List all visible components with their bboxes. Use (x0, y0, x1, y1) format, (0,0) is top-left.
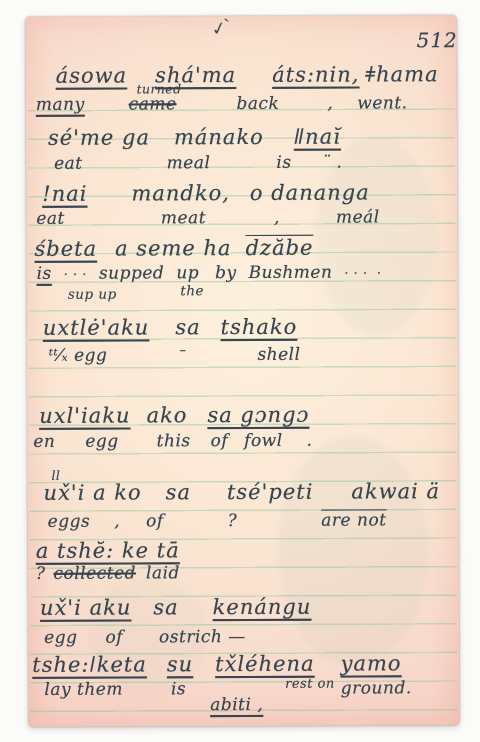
word: laid (146, 565, 180, 582)
manuscript-line-gloss: is· · ·sup upsuppedupthebyBushmen· · · · (37, 264, 382, 283)
word: !nai (42, 184, 87, 205)
manuscript-line-native: ux̌'i akusakenángu (40, 597, 311, 619)
word: of (211, 433, 229, 450)
word: ǂhama (365, 64, 438, 85)
word: uxl'iaku (39, 405, 130, 426)
word: ásowa (56, 66, 128, 87)
scan-background: ✓ˋ 512 ásowashá'maáts:nin,ǂhamamanycamet… (0, 0, 480, 742)
word: meal (167, 155, 211, 172)
word: kenángu (213, 597, 312, 618)
word: by (215, 265, 237, 282)
word: lay them (44, 682, 123, 699)
word: many (36, 97, 85, 114)
manuscript-line-native: ásowashá'maáts:nin,ǂhama (56, 64, 439, 87)
manuscript-line-native: a tshĕ: ke tā (36, 540, 180, 562)
word: ¨ . (322, 155, 343, 172)
word: egg (44, 630, 77, 647)
word: is (276, 155, 291, 172)
word: , (274, 210, 280, 227)
word: tshako (221, 317, 298, 338)
notebook-page: ✓ˋ 512 ásowashá'maáts:nin,ǂhamamanycamet… (25, 15, 459, 727)
bleedthrough-mark (277, 435, 428, 666)
word: śbeta (34, 239, 97, 260)
ruled-lines (28, 81, 458, 719)
manuscript-line-native: uxtlė'akusa–tshako (43, 317, 298, 339)
word: meál (336, 209, 380, 226)
word: collected (53, 565, 136, 582)
word: dzăbe (245, 238, 313, 259)
annotation-below: sup up (68, 289, 117, 303)
word: of (105, 630, 123, 647)
word: ostrich — (159, 629, 246, 646)
word: ux̌'i aku (40, 597, 131, 618)
manuscript-line-gloss: eneggthisoffowl. (33, 433, 312, 451)
word: uxtlė'aku (43, 317, 150, 338)
manuscript-line-gloss: eatmealis¨ . (54, 155, 342, 173)
word: this (157, 433, 191, 450)
word: ux̌'i a koll (43, 482, 141, 503)
word: eat (36, 211, 65, 228)
word: sa (153, 597, 178, 618)
word: tshe:ǀketa (32, 654, 147, 675)
manuscript-line-gloss: ?collectedlaid (36, 565, 180, 583)
word: a tshĕ: ke tā (36, 540, 180, 562)
word: upthe (176, 265, 199, 282)
annotation-above: ll (51, 470, 60, 483)
word: abiti , (210, 697, 263, 714)
word: o dananga (250, 182, 370, 204)
word: , (327, 96, 333, 113)
word: is (171, 681, 186, 698)
word: ground. (341, 680, 412, 697)
manuscript-line-native: !naimandko,o dananga (42, 182, 370, 204)
word: cameturned (129, 96, 177, 113)
word: mánako (174, 127, 264, 148)
word: is (37, 266, 52, 283)
word: ? (36, 566, 46, 583)
manuscript-line-gloss: eatmeat,meál (36, 209, 379, 227)
word: tsé'peti (227, 482, 314, 503)
manuscript-line-native: sé'me gamánakoǁnaĭ (48, 127, 341, 149)
word: meat (161, 210, 206, 227)
manuscript-line-native: ux̌'i a kollsatsé'petiakwai ä (43, 481, 440, 504)
word: , (114, 514, 120, 531)
manuscript-line-native: uxl'iakuakosa gɔngɔ (39, 405, 309, 427)
word: of (146, 513, 164, 530)
word: ᵗᵗ⁄ₓ egg (49, 348, 108, 365)
word: shell (257, 347, 300, 364)
annotation-below: the (180, 285, 204, 299)
word: eat (54, 156, 83, 173)
word: supped (99, 265, 164, 282)
manuscript-line-gloss: lay themisabiti ,rest onground. (44, 680, 411, 699)
word: egg (85, 434, 118, 451)
word: back (236, 96, 279, 113)
word: are not (321, 512, 386, 529)
manuscript-line-gloss: eggs,of?are not (48, 512, 387, 530)
manuscript-line-gloss: manycameturnedback,went. (36, 95, 408, 114)
word: yamo (341, 653, 402, 674)
word: . (307, 433, 313, 450)
manuscript-line-gloss: eggofostrich — (44, 629, 246, 647)
manuscript-line-gloss: ᵗᵗ⁄ₓ eggshell (49, 347, 301, 365)
word: · · ·sup up (64, 269, 87, 282)
word: mandko, (131, 183, 230, 204)
word: fowl (244, 433, 283, 450)
word: eggs (48, 514, 91, 531)
notebook-page-content: ásowashá'maáts:nin,ǂhamamanycameturnedba… (25, 15, 456, 17)
word: tx̌léhena (215, 654, 315, 675)
word: sé'me ga (48, 127, 150, 148)
word: akwai ä (351, 481, 440, 502)
word: ǁnaĭ (294, 127, 341, 148)
word: sa– (175, 317, 200, 338)
word: · · · · (344, 267, 381, 280)
manuscript-line-native: śbetaa seme hadzăbe (34, 238, 313, 260)
manuscript-line-native: tshe:ǀketasutx̌léhenayamo (32, 653, 401, 676)
check-mark: ✓ˋ (210, 16, 234, 41)
annotation-above: turned (137, 83, 182, 96)
word: ako (146, 405, 187, 426)
word: su (167, 654, 193, 675)
page-number: 512 (417, 28, 458, 52)
word: sa gɔngɔ (207, 405, 309, 426)
word: ? (228, 513, 238, 530)
word: rest on (285, 678, 335, 691)
word: Bushmen (249, 265, 333, 282)
word: a seme ha (115, 238, 232, 260)
word: went. (357, 95, 407, 112)
word: áts:nin, (272, 64, 359, 85)
word: en (33, 434, 55, 451)
word: sa (166, 482, 191, 503)
